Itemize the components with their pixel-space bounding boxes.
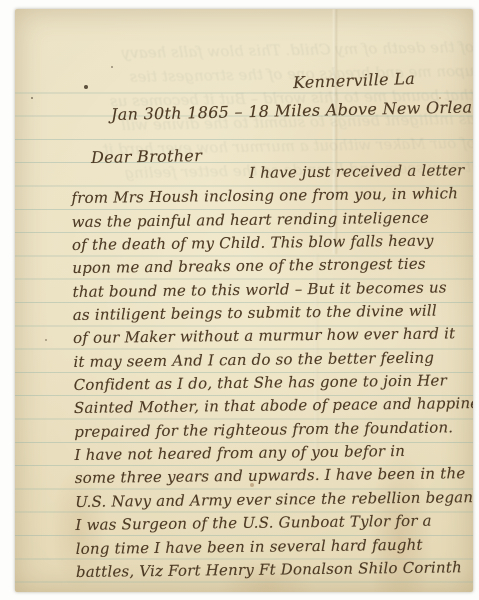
letter-paper: of the death of my Child. This blow fall… (15, 9, 473, 592)
letter-line: prepaired for the righteous from the fou… (74, 416, 473, 444)
letter-line: battles, Viz Fort Henry Ft Donalson Shil… (76, 556, 473, 584)
foxing-specks (15, 9, 17, 11)
letter-body: I have just received a letter from Mrs H… (71, 159, 473, 584)
letter-photo: of the death of my Child. This blow fall… (0, 0, 479, 600)
